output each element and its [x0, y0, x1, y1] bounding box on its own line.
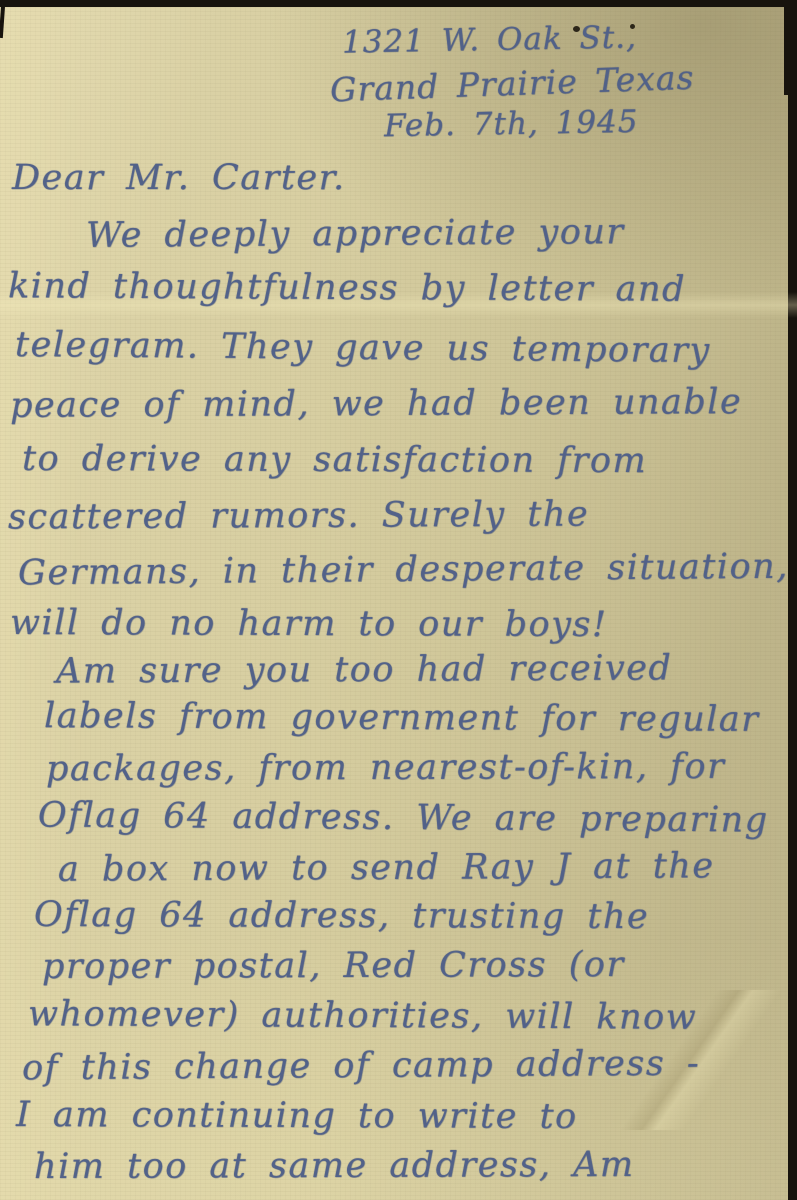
- handwritten-line: of this change of camp address -: [22, 1044, 700, 1089]
- date-line: Feb. 7th, 1945: [384, 104, 639, 144]
- handwritten-line: whomever) authorities, will know: [28, 994, 697, 1038]
- handwritten-line: Germans, in their desperate situation,: [18, 547, 789, 594]
- handwritten-line: labels from government for regular: [44, 696, 760, 740]
- scan-edge-right-top: [784, 0, 797, 95]
- sender-city-line: Grand Prairie Texas: [329, 58, 695, 110]
- handwritten-line: telegram. They gave us temporary: [15, 325, 711, 371]
- salutation-line: Dear Mr. Carter.: [12, 158, 346, 198]
- handwritten-line: him too at same address, Am: [34, 1145, 635, 1187]
- scan-edge-right: [788, 0, 797, 1200]
- handwritten-line: scattered rumors. Surely the: [8, 494, 589, 537]
- scan-edge-left-top: [0, 4, 5, 38]
- handwritten-line: Am sure you too had received: [56, 648, 672, 691]
- handwritten-line: peace of mind, we had been unable: [10, 382, 742, 426]
- handwritten-line: Oflag 64 address, trusting the: [34, 895, 649, 937]
- handwritten-line: I am continuing to write to: [16, 1095, 578, 1137]
- handwritten-line: will do no harm to our boys!: [10, 603, 608, 645]
- handwritten-line: packages, from nearest-of-kin, for: [46, 747, 725, 789]
- handwritten-line: We deeply appreciate your: [86, 212, 625, 256]
- sender-address-line: 1321 W. Oak St.,: [342, 19, 637, 60]
- handwritten-line: a box now to send Ray J at the: [58, 846, 715, 889]
- handwritten-line: Oflag 64 address. We are preparing: [38, 795, 769, 840]
- scan-edge-top: [0, 0, 797, 7]
- handwritten-line: proper postal, Red Cross (or: [42, 945, 625, 987]
- letter-scan-page: 1321 W. Oak St., Grand Prairie Texas Feb…: [0, 0, 797, 1200]
- handwritten-line: kind thoughtfulness by letter and: [8, 266, 686, 310]
- handwritten-line: to derive any satisfaction from: [22, 439, 647, 481]
